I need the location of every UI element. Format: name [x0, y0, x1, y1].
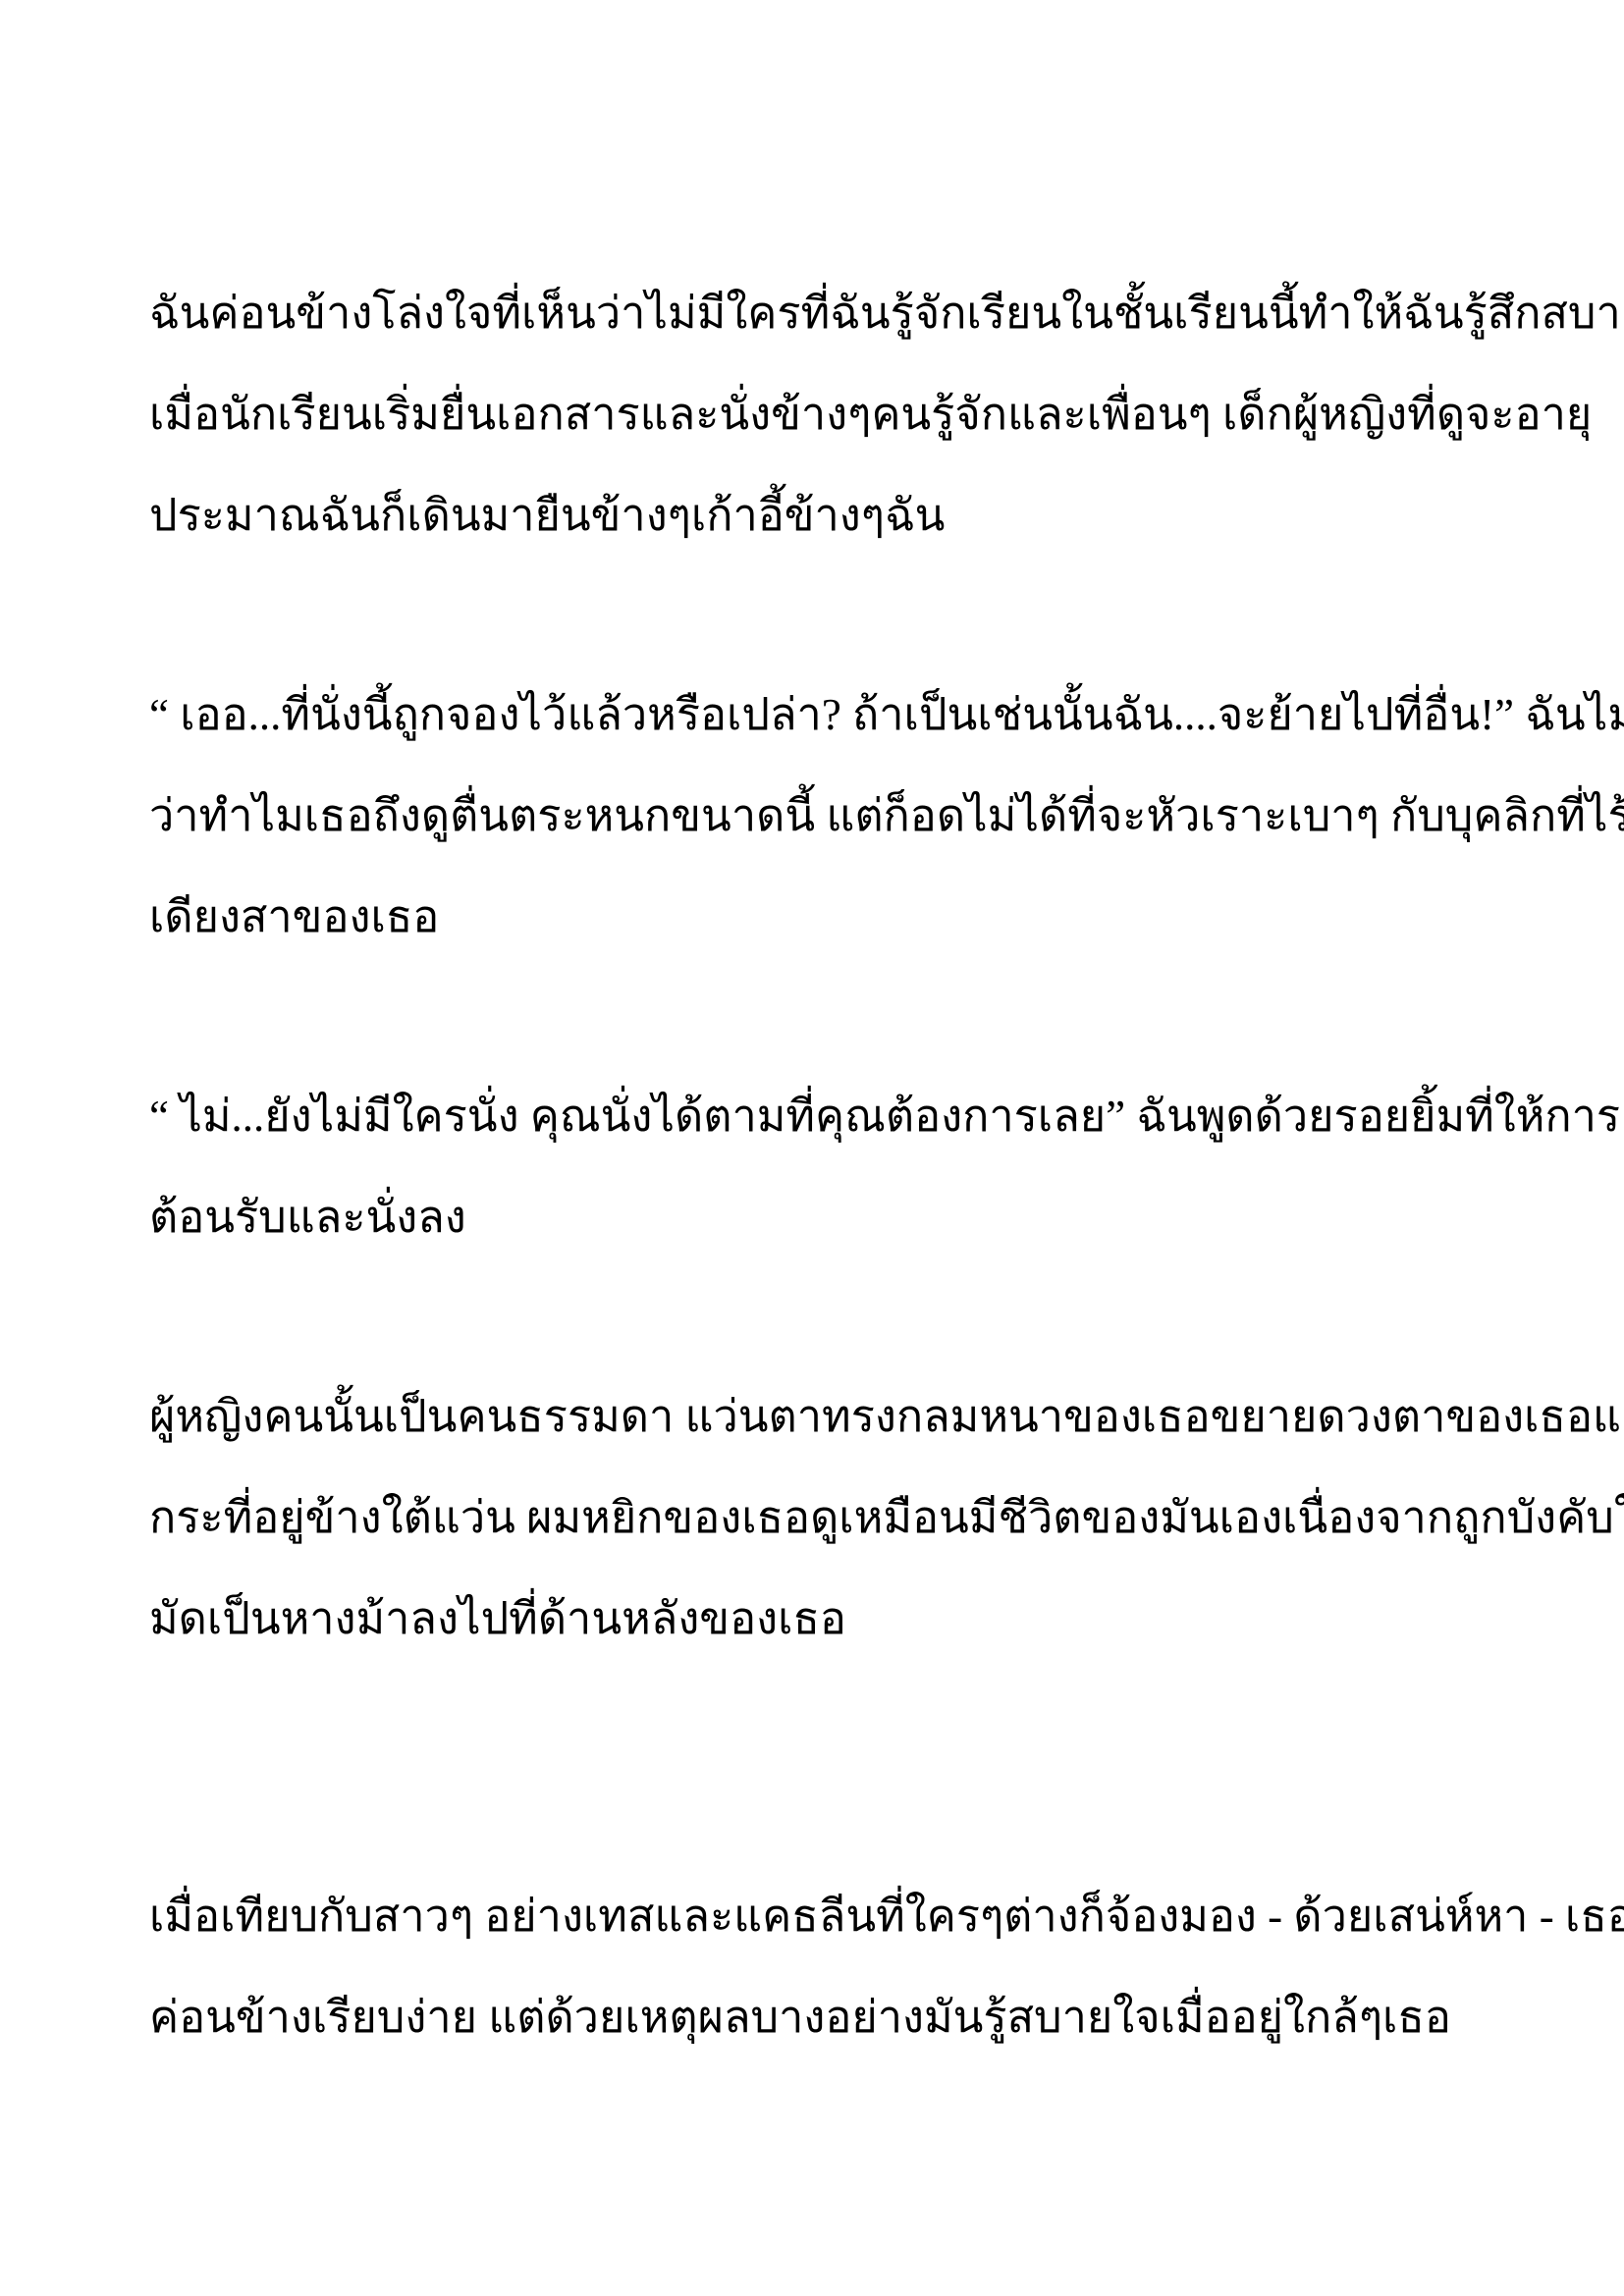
paragraph-4-line-1: ผู้หญิงคนนั้นเป็นคนธรรมดา แว่นตาทรงกลมหน…: [149, 1366, 1475, 1468]
paragraph-5-line-1: เมื่อเทียบกับสาวๆ อย่างเทสและแคธลีนที่ใค…: [149, 1866, 1475, 1967]
paragraph-4: ผู้หญิงคนนั้นเป็นคนธรรมดา แว่นตาทรงกลมหน…: [149, 1366, 1475, 1670]
paragraph-1-line-2: เมื่อนักเรียนเริ่มยื่นเอกสารและนั่งข้างๆ…: [149, 364, 1475, 465]
paragraph-5-line-2: ค่อนข้างเรียบง่าย แต่ด้วยเหตุผลบางอย่างม…: [149, 1967, 1475, 2068]
paragraph-4-line-3: มัดเป็นหางม้าลงไปที่ด้านหลังของเธอ: [149, 1569, 1475, 1670]
paragraph-2-line-1: “ เออ...ที่นั่งนี้ถูกจองไว้แล้วหรือเปล่า…: [149, 665, 1475, 766]
document-page: ฉันค่อนข้างโล่งใจที่เห็นว่าไม่มีใครที่ฉั…: [0, 0, 1624, 2296]
paragraph-1: ฉันค่อนข้างโล่งใจที่เห็นว่าไม่มีใครที่ฉั…: [149, 263, 1475, 566]
paragraph-2-line-2: ว่าทำไมเธอถึงดูตื่นตระหนกขนาดนี้ แต่ก็อด…: [149, 766, 1475, 867]
paragraph-1-line-3: ประมาณฉันก็เดินมายืนข้างๆเก้าอี้ข้างๆฉัน: [149, 465, 1475, 566]
paragraph-3-line-2: ต้อนรับและนั่งลง: [149, 1167, 1475, 1268]
paragraph-3-dialogue: “ ไม่...ยังไม่มีใครนั่ง คุณนั่งได้ตามที่…: [149, 1066, 1475, 1268]
paragraph-4-line-2: กระที่อยู่ข้างใต้แว่น ผมหยิกของเธอดูเหมื…: [149, 1468, 1475, 1569]
paragraph-5: เมื่อเทียบกับสาวๆ อย่างเทสและแคธลีนที่ใค…: [149, 1866, 1475, 2068]
paragraph-3-line-1: “ ไม่...ยังไม่มีใครนั่ง คุณนั่งได้ตามที่…: [149, 1066, 1475, 1167]
paragraph-1-line-1: ฉันค่อนข้างโล่งใจที่เห็นว่าไม่มีใครที่ฉั…: [149, 263, 1475, 364]
paragraph-2-dialogue: “ เออ...ที่นั่งนี้ถูกจองไว้แล้วหรือเปล่า…: [149, 665, 1475, 968]
paragraph-2-line-3: เดียงสาของเธอ: [149, 867, 1475, 968]
